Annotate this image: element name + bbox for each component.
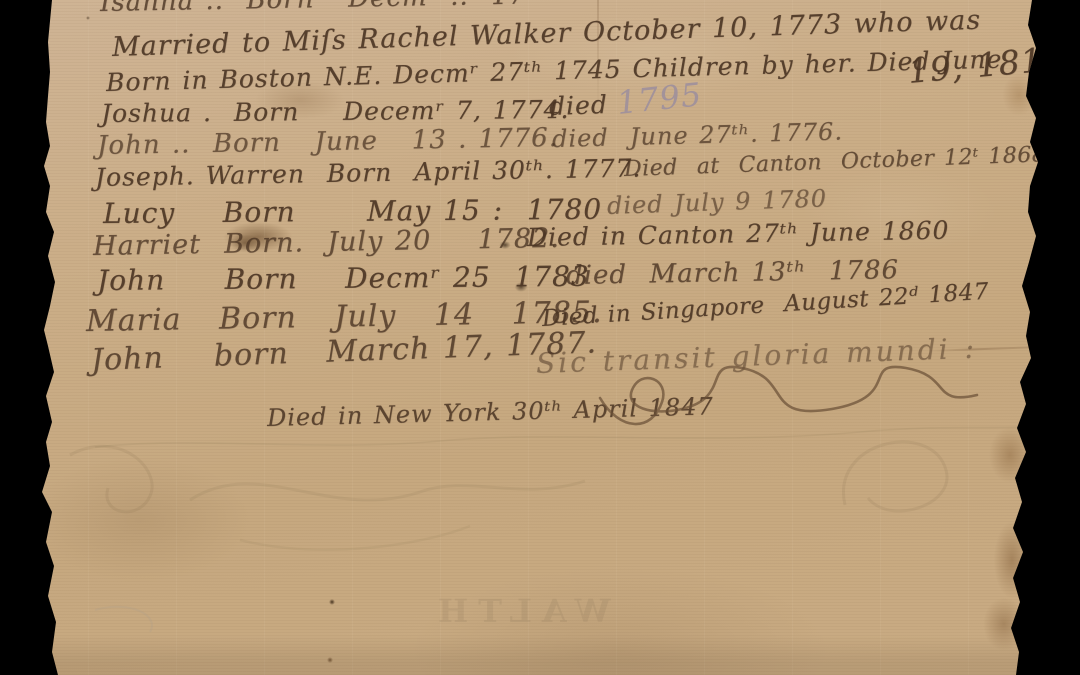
photo-background: Isanna .. Born Decm .. 17 Married to Miſ…: [0, 0, 1080, 675]
lucy-died: died July 9 1780: [607, 184, 828, 220]
line-john-1783: John Born Decmʳ 25 1783: [97, 260, 590, 297]
manuscript-paper: Isanna .. Born Decm .. 17 Married to Miſ…: [0, 0, 1080, 675]
joshua-died-label: died: [548, 90, 608, 121]
harriet-died-canton: Died in Canton 27ᵗʰ June 1860: [527, 216, 950, 252]
john-1783-died: died March 13ᵗʰ 1786: [566, 255, 900, 291]
paper-watermark-bleedthrough: WALTH: [428, 592, 611, 630]
john-1776-died: died June 27ᵗʰ. 1776.: [552, 117, 844, 153]
joshua-died-year-pencil: 1795: [615, 75, 704, 122]
latin-phrase-sic-transit: Sic transit gloria mundi :: [535, 332, 977, 380]
line-isanna: Isanna .. Born Decm .. 17: [100, 0, 527, 18]
john-1787-died-new-york: Died in New York 30ᵗʰ April 1847: [267, 392, 714, 432]
